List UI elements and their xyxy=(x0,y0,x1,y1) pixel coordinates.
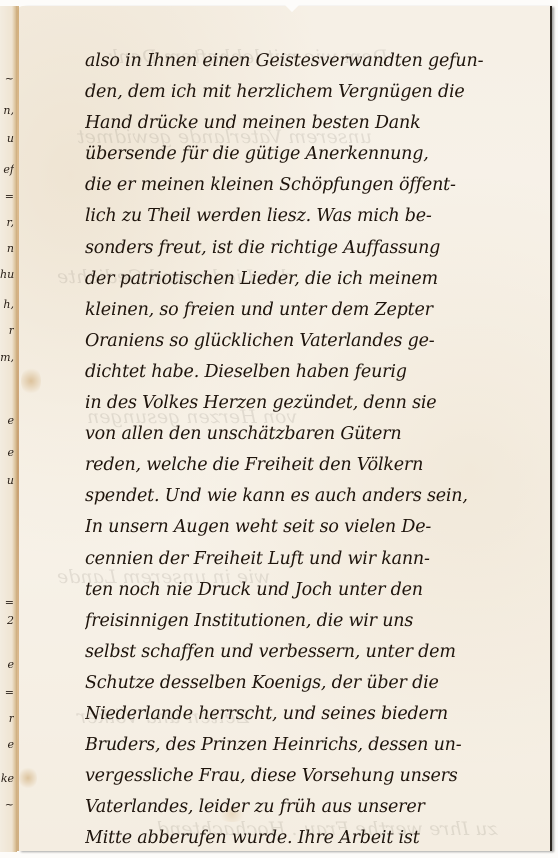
letter-line: spendet. Und wie kann es auch anders sei… xyxy=(85,481,553,512)
margin-fragment: = xyxy=(0,596,14,609)
letter-line: Mitte abberufen wurde. Ihre Arbeit ist xyxy=(85,823,553,854)
letter-line: Oraniens so glücklichen Vaterlandes ge- xyxy=(85,326,553,357)
margin-fragment: hu xyxy=(0,268,14,281)
margin-fragment: ef xyxy=(0,163,14,176)
margin-fragment: = xyxy=(0,190,14,203)
margin-fragment: ~ xyxy=(0,72,14,85)
letter-line: In unsern Augen weht seit so vielen De- xyxy=(85,512,553,543)
letter-line: die er meinen kleinen Schöpfungen öffent… xyxy=(85,170,553,201)
letter-line: also in Ihnen einen Geistesverwandten ge… xyxy=(85,46,553,77)
letter-line: übersende für die gütige Anerkennung, xyxy=(85,139,553,170)
margin-fragment: ke xyxy=(0,772,14,785)
margin-fragment: e xyxy=(0,658,14,671)
adjacent-page-edge: ~ n, u ef = r, n hu h, r m, e e u = 2 e … xyxy=(0,6,17,852)
letter-line: freisinnigen Institutionen, die wir uns xyxy=(85,606,553,637)
letter-line: sonders freut, ist die richtige Auffassu… xyxy=(85,233,553,264)
letter-line: kleinen, so freien und unter dem Zepter xyxy=(85,295,553,326)
letter-line: Niederlande herrscht, und seines biedern xyxy=(85,699,553,730)
letter-sheet: Dem wie mit lebhaftem Dank unserem Vater… xyxy=(17,6,550,851)
margin-fragment: 2 xyxy=(0,614,14,627)
margin-fragment: ~ xyxy=(0,798,14,811)
letter-line: vergessliche Frau, diese Vorsehung unser… xyxy=(85,761,553,792)
margin-fragment: r xyxy=(0,712,14,725)
letter-line: Hand drücke und meinen besten Dank xyxy=(85,108,553,139)
margin-fragment: h, xyxy=(0,298,14,311)
letter-line: ten noch nie Druck und Joch unter den xyxy=(85,575,553,606)
letter-line: von allen den unschätzbaren Gütern xyxy=(85,419,553,450)
margin-fragment: e xyxy=(0,738,14,751)
letter-line: selbst schaffen und verbessern, unter de… xyxy=(85,637,553,668)
margin-fragment: r xyxy=(0,324,14,337)
letter-body: also in Ihnen einen Geistesverwandten ge… xyxy=(85,46,553,854)
letter-line: cennien der Freiheit Luft und wir kann- xyxy=(85,544,553,575)
margin-fragment: u xyxy=(0,474,14,487)
letter-line: der patriotischen Lieder, die ich meinem xyxy=(85,264,553,295)
margin-fragment: u xyxy=(0,132,14,145)
letter-line: den, dem ich mit herzlichem Vergnügen di… xyxy=(85,77,553,108)
scanned-document: ~ n, u ef = r, n hu h, r m, e e u = 2 e … xyxy=(0,0,558,858)
foxing-stain xyxy=(19,766,37,790)
margin-fragment: = xyxy=(0,686,14,699)
margin-fragment: r, xyxy=(0,216,14,229)
letter-line: Vaterlandes, leider zu früh aus unserer xyxy=(85,792,553,823)
letter-line: reden, welche die Freiheit den Völkern xyxy=(85,450,553,481)
foxing-stain xyxy=(21,366,41,396)
margin-fragment: n xyxy=(0,242,14,255)
paper-tear xyxy=(285,0,299,12)
margin-fragment: n, xyxy=(0,104,14,117)
margin-fragment: e xyxy=(0,446,14,459)
letter-line: lich zu Theil werden liesz. Was mich be- xyxy=(85,201,553,232)
margin-fragment: m, xyxy=(0,351,14,364)
letter-line: Schutze desselben Koenigs, der über die xyxy=(85,668,553,699)
letter-line: in des Volkes Herzen gezündet, denn sie xyxy=(85,388,553,419)
letter-line: dichtet habe. Dieselben haben feurig xyxy=(85,357,553,388)
letter-line: Bruders, des Prinzen Heinrichs, dessen u… xyxy=(85,730,553,761)
fold-stain xyxy=(17,6,19,851)
margin-fragment: e xyxy=(0,414,14,427)
